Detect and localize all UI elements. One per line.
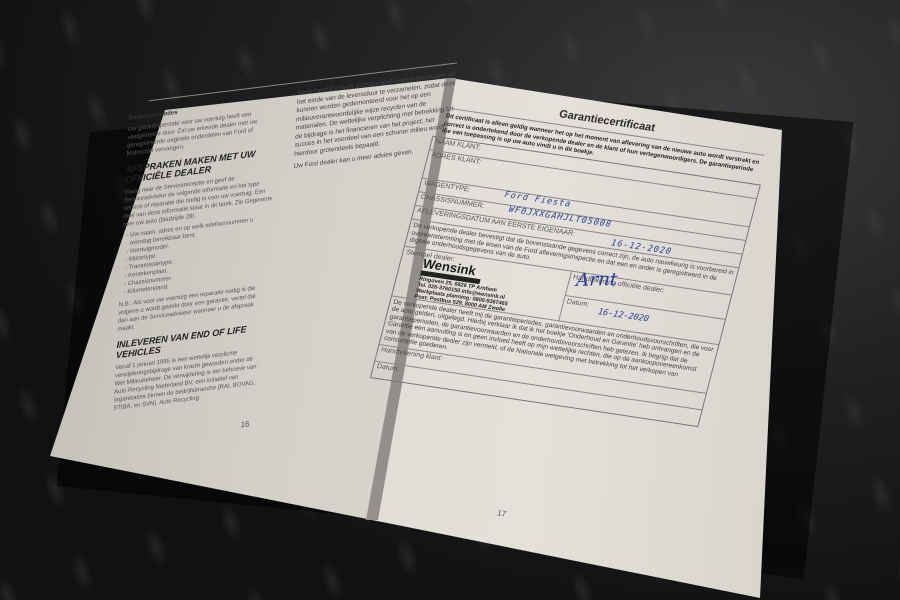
field-label: Datum: [566,298,590,308]
dealer-signature: Arnt [575,269,618,291]
handwritten-dealer-date: 16-12-2020 [597,307,650,324]
page-number-left: 16 [240,419,249,429]
warranty-form: NAAM KLANT: ADRES KLANT: WAGENTYPE: Ford… [370,136,761,427]
left-page-header: Uw Officiële dealer [229,62,327,86]
booklet: Uw Officiële dealer Garantieperiodes Uw … [0,0,900,600]
info-list: Uw naam, adres en op welk telefoonnummer… [127,214,271,296]
field-label: Datum: [376,363,400,373]
left-page-content: Uw Officiële dealer Garantieperiodes Uw … [150,47,448,84]
left-column: Garantieperiodes Uw garantieperiode voor… [113,97,278,416]
